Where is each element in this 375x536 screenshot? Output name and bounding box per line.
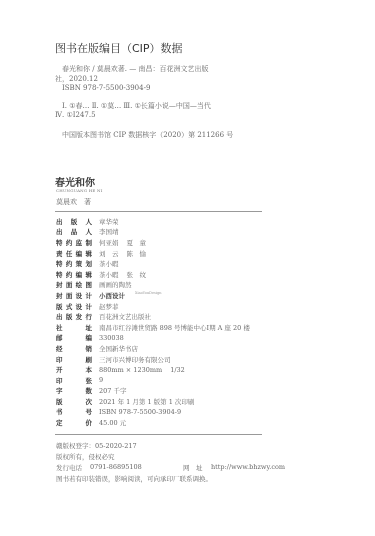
credit-value-item: 880mm × 1230mm [99,366,162,374]
credit-row: 责任编辑刘 云陈 愉 [56,248,250,259]
credit-label: 定价 [56,418,92,427]
credit-value: 小酉设计XiaoYouDesign [99,291,161,300]
credit-value-item: 45.00 元 [99,418,126,427]
credit-label: 特约监制 [56,238,92,247]
credit-label-char: 张 [86,376,93,385]
credit-value: 南昌市红谷滩世贸路 898 号博能中心Ⅰ期 A 座 20 楼 [99,323,250,332]
credit-label: 封面绘图 [56,280,92,289]
credit-label-char: 设 [76,291,83,300]
credit-label: 版次 [56,397,92,406]
credit-row: 开本880mm × 1230mm1/32 [56,364,250,375]
credit-label-char: 约 [66,270,73,279]
credit-value-item: 夏 童 [127,238,147,247]
credit-label-char: 特 [56,259,63,268]
credit-value: 全国新华书店 [99,344,138,353]
credit-row: 版式设计赵梦菲 [56,301,250,312]
misprint-notice: 图书若有印装错误，影响阅读，可向承印厂联系调换。 [56,474,212,483]
credit-label: 出版发行 [56,312,92,321]
credit-label-char: 印 [56,355,63,364]
credit-label-char: 编 [76,249,83,258]
credit-row: 社址南昌市红谷滩世贸路 898 号博能中心Ⅰ期 A 座 20 楼 [56,322,250,333]
credit-label-char: 书 [56,407,63,416]
credit-label-char: 出 [56,227,63,236]
credit-value-item: 1/32 [170,366,185,374]
credit-label: 特约策划 [56,259,92,268]
credit-label: 邮编 [56,333,92,342]
credit-label-char: 号 [86,407,93,416]
credit-label-char: 邮 [56,333,63,342]
credit-label-char: 销 [86,344,93,353]
credit-value: 45.00 元 [99,418,126,427]
credit-value: 画画的陶然 [99,280,132,289]
phone-number: 0791-86895108 [90,463,142,471]
credit-value-item: 李国靖 [99,227,119,236]
credit-label-char: 次 [86,397,93,406]
credit-value-item: 南昌市红谷滩世贸路 898 号博能中心Ⅰ期 A 座 20 楼 [99,323,250,332]
book-author: 莫晨欢 著 [56,197,91,207]
credit-label-char: 辑 [85,249,92,258]
credit-label-char: 编 [76,270,83,279]
cip-line: Ⅳ. ①I247.5 [55,111,96,119]
credit-label-char: 定 [56,418,63,427]
credit-label-char: 人 [86,227,93,236]
credits-list: 出版人章华荣出品人李国靖特约监制何亚娟夏 童责任编辑刘 云陈 愉特约策划茶小暇特… [56,216,250,428]
credit-value: 茶小暇 [99,259,119,268]
credit-row: 邮编330038 [56,333,250,344]
credit-label-char: 监 [76,238,83,247]
credit-label-char: 数 [86,386,93,395]
credit-label-char: 约 [66,259,73,268]
credit-label-char: 面 [66,280,73,289]
credit-value-item: 陈 愉 [127,249,147,258]
credit-value-item: 张 纹 [127,270,147,279]
designer-logo-text: XiaoYouDesign [135,291,161,300]
credit-value-item: 赵梦菲 [99,302,119,311]
credit-row: 经销全国新华书店 [56,343,250,354]
credit-value: 880mm × 1230mm1/32 [99,366,185,374]
credit-value-item: 茶小暇 [99,259,119,268]
credit-row: 书号ISBN 978-7-5500-3904-9 [56,407,250,418]
cip-line: ISBN 978-7-5500-3904-9 [62,84,150,92]
credit-label-char: 品 [71,227,78,236]
credit-row: 出版人章华荣 [56,216,250,227]
credit-value: ISBN 978-7-5500-3904-9 [99,408,181,416]
cip-line: 春光和你 / 莫晨欢著. — 南昌：百花洲文艺出版 [62,64,208,74]
book-title: 春光和你 [55,174,95,189]
credit-label: 开本 [56,365,92,374]
copyright-registration: 赣版权登字：05-2020-217 [56,441,137,450]
credit-value-item: 百花洲文艺出版社 [99,312,151,321]
credit-label-char: 划 [85,259,92,268]
credit-row: 出品人李国靖 [56,227,250,238]
credit-label-char: 社 [56,323,63,332]
credit-label-char: 版 [66,312,73,321]
credit-label-char: 任 [66,249,73,258]
phone-label: 发行电话 [56,463,82,472]
cip-line: Ⅰ. ①春… Ⅱ. ①莫… Ⅲ. ①长篇小说—中国—当代 [62,101,211,111]
credit-label: 版式设计 [56,302,92,311]
credit-value-item: 何亚娟 [99,238,119,247]
credit-row: 出版发行百花洲文艺出版社 [56,311,250,322]
credit-label-char: 面 [66,291,73,300]
credit-label: 封面设计 [56,291,92,300]
credit-value-item: 207 千字 [99,386,126,395]
cip-line: 中国版本图书馆 CIP 数据核字（2020）第 211266 号 [62,130,233,140]
book-pinyin: CHUNGUANG HE NI [56,188,102,193]
credit-value: 9 [99,376,103,384]
credit-row: 特约策划茶小暇 [56,258,250,269]
credit-label-char: 封 [56,291,63,300]
credit-label-char: 版 [56,302,63,311]
credit-label: 特约编辑 [56,270,92,279]
credit-label: 出版人 [56,217,92,226]
credit-row: 特约编辑茶小暇张 纹 [56,269,250,280]
credit-label-char: 责 [56,249,63,258]
credit-label: 字数 [56,386,92,395]
cip-title: 图书在版编目（CIP）数据 [55,40,183,56]
credit-value-item: 刘 云 [99,249,119,258]
credit-value: 章华荣 [99,217,119,226]
credit-label-char: 约 [66,238,73,247]
credit-value-item: 三河市兴博印务有限公司 [99,355,171,364]
credit-label: 印张 [56,376,92,385]
credit-label-char: 式 [66,302,73,311]
credit-label-char: 印 [56,376,63,385]
credit-label-char: 经 [56,344,63,353]
credit-row: 定价45.00 元 [56,417,250,428]
credit-label-char: 版 [56,397,63,406]
credit-label-char: 绘 [76,280,83,289]
credit-label-char: 版 [71,217,78,226]
credit-label-char: 计 [85,291,92,300]
credit-label-char: 开 [56,365,63,374]
credit-label-char: 出 [56,217,63,226]
credit-label: 责任编辑 [56,249,92,258]
credit-value: 2021 年 1 月第 1 版第 1 次印刷 [99,397,194,406]
credit-label-char: 编 [86,333,93,342]
credit-row: 封面绘图画画的陶然 [56,280,250,291]
credit-label-char: 人 [86,217,93,226]
divider-bottom [55,434,262,435]
credit-row: 封面设计小酉设计XiaoYouDesign [56,290,250,301]
credit-value-item: 9 [99,376,103,384]
credit-label-char: 价 [86,418,93,427]
credit-value: 何亚娟夏 童 [99,238,146,247]
divider-top [55,211,262,212]
credit-value: 330038 [99,334,124,342]
credit-value: 207 千字 [99,386,126,395]
credit-value-item: 2021 年 1 月第 1 版第 1 次印刷 [99,397,194,406]
credit-value: 三河市兴博印务有限公司 [99,355,171,364]
credit-label: 经销 [56,344,92,353]
credit-row: 字数207 千字 [56,386,250,397]
rights-reserved: 版权所有，侵权必究 [56,452,115,461]
credit-row: 印刷三河市兴博印务有限公司 [56,354,250,365]
credit-label: 书号 [56,407,92,416]
credit-value: 茶小暇张 纹 [99,270,146,279]
credit-label-char: 特 [56,238,63,247]
credit-value: 赵梦菲 [99,302,119,311]
credit-label-char: 制 [85,238,92,247]
credit-label: 出品人 [56,227,92,236]
website-label: 网 址 [183,463,203,472]
credit-label-char: 设 [76,302,83,311]
credit-label-char: 图 [85,280,92,289]
credit-value: 刘 云陈 愉 [99,249,146,258]
credit-label-char: 刷 [86,355,93,364]
credit-value-item: 全国新华书店 [99,344,138,353]
credit-label-char: 出 [56,312,63,321]
credit-label-char: 封 [56,280,63,289]
credit-value-item: 330038 [99,334,124,342]
credit-label-char: 行 [85,312,92,321]
credit-label-char: 辑 [85,270,92,279]
credit-label-char: 址 [86,323,93,332]
credit-value-item: ISBN 978-7-5500-3904-9 [99,408,181,416]
credit-label-char: 特 [56,270,63,279]
credit-label: 印刷 [56,355,92,364]
credit-value-item: 画画的陶然 [99,280,132,289]
credit-label-char: 字 [56,386,63,395]
credit-row: 版次2021 年 1 月第 1 版第 1 次印刷 [56,396,250,407]
credit-row: 印张9 [56,375,250,386]
credit-value: 李国靖 [99,227,119,236]
credit-label-char: 策 [76,259,83,268]
credit-label: 社址 [56,323,92,332]
website-link[interactable]: http://www.bhzwy.com [211,463,285,471]
credit-row: 特约监制何亚娟夏 童 [56,237,250,248]
credit-value-item: 小酉设计 [99,291,125,300]
credit-label-char: 计 [85,302,92,311]
credit-value-item: 章华荣 [99,217,119,226]
credit-label-char: 发 [76,312,83,321]
credit-label-char: 本 [86,365,93,374]
cip-line: 社，2020.12 [55,74,98,84]
credit-value: 百花洲文艺出版社 [99,312,151,321]
credit-value-item: 茶小暇 [99,270,119,279]
